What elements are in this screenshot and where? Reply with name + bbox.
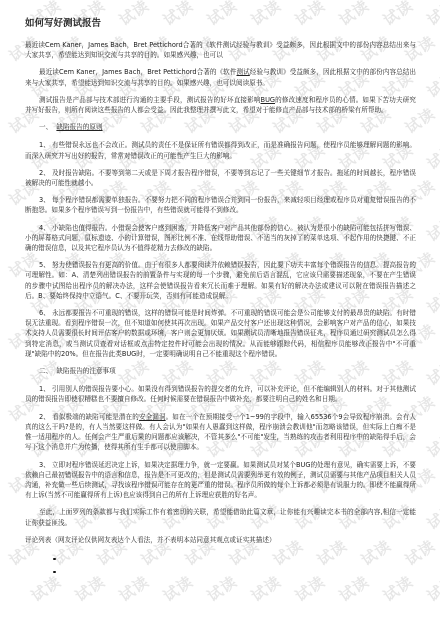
security-hole-link[interactable]: 安全漏洞 (139, 413, 166, 421)
conclusion-paragraph: 至此，上面罗列的条款都与我们实际工作有着密切的关联，希望能借助此篇文章，让你能有… (25, 507, 416, 527)
section-2-item: 2、 看似极端的缺陷可能是潜在的安全漏洞。如在一个在预期接受一个1~99的字段中… (25, 412, 416, 453)
page-title: 如何写好测试报告 (25, 18, 416, 30)
comment-item (53, 555, 416, 568)
comments-list (25, 555, 416, 581)
section-1-heading: 一、 缺陷报告的原则 (25, 122, 416, 132)
comments-title: 评论列表（网友评论仅供网友表达个人看法，并不表明本站同意其观点或证实其描述） (25, 535, 416, 545)
section-number: 二、 (39, 367, 52, 375)
testing-link[interactable]: 测试 (236, 68, 249, 76)
section-1-item: 2、 及时报告缺陷。不要等到第二天或是下周才报告程序错误，不要等到忘记了一些关键… (25, 168, 416, 188)
section-number: 一、 (39, 123, 52, 131)
section-2-item: 1、 引用别人的错误报告要小心。如果没有得到错误报告的提交者的允许，可以补充评论… (25, 384, 416, 404)
section-1-heading-link[interactable]: 缺陷报告的原则 (56, 123, 102, 131)
text: 2、 看似极端的缺陷可能是潜在的 (39, 413, 139, 421)
text: 测试报告是产品部与技术部进行沟通的主要手段，测试报告的好坏直接影响 (39, 96, 261, 104)
intro-paragraph-3: 测试报告是产品部与技术部进行沟通的主要手段，测试报告的好坏直接影响BUG的修改速… (25, 95, 416, 115)
text: 最近读Cem Kaner，James Bach，Bret Pettichord合… (39, 68, 236, 76)
section-2-heading-text: 缺陷报告的注意事项 (56, 367, 115, 375)
bug-link[interactable]: BUG (261, 96, 275, 104)
intro-paragraph-2: 最近读Cem Kaner，James Bach，Bret Pettichord合… (25, 67, 416, 87)
section-1-item: 4、 小缺陷也值得报告。小错误会使客户感到困惑，并降低客户对产品其他部份的信心。… (25, 223, 416, 254)
text: 1、 引用别人的错误报告要小心。如果没有得到错误报告的提交者的允许，可以补充评论… (25, 385, 416, 403)
section-2-heading: 二、 缺陷报告的注意事项 (25, 366, 416, 376)
document-page: 如何写好测试报告 最近读Cem Kaner，James Bach，Bret Pe… (0, 0, 440, 581)
section-2-item: 3、 立即对程序错误延迟决定上诉，如果决定据理力争，就一定要赢。如果测试员对某个… (25, 460, 416, 501)
section-1-item: 5、 努力使错误报告有更高的价值。由于有很多人都要阅读并依赖错误报告，因此要下功… (25, 260, 416, 301)
section-1-item: 3、 每个程序错误都需要单独报告。不要努力把不同的程序错误合并到同一份报告，来减… (25, 195, 416, 215)
intro-paragraph-1: 最近读Cem Kaner，James Bach，Bret Pettichord合… (25, 40, 416, 60)
section-1-item: 1、 有些错误永远也不会改正。测试员的责任不是保证所有错误都得到改正，而是准确报… (25, 140, 416, 160)
text: 3、 立即对程序错误延迟决定上诉，如果决定据理力争，就一定要赢。如果测试员对某个… (25, 461, 416, 500)
section-1-item: 6、 永远都要报告不可重现的错误，这样的错误可能是时间炸弹。不可重现的错误可能会… (25, 308, 416, 359)
comment-item (53, 568, 416, 581)
